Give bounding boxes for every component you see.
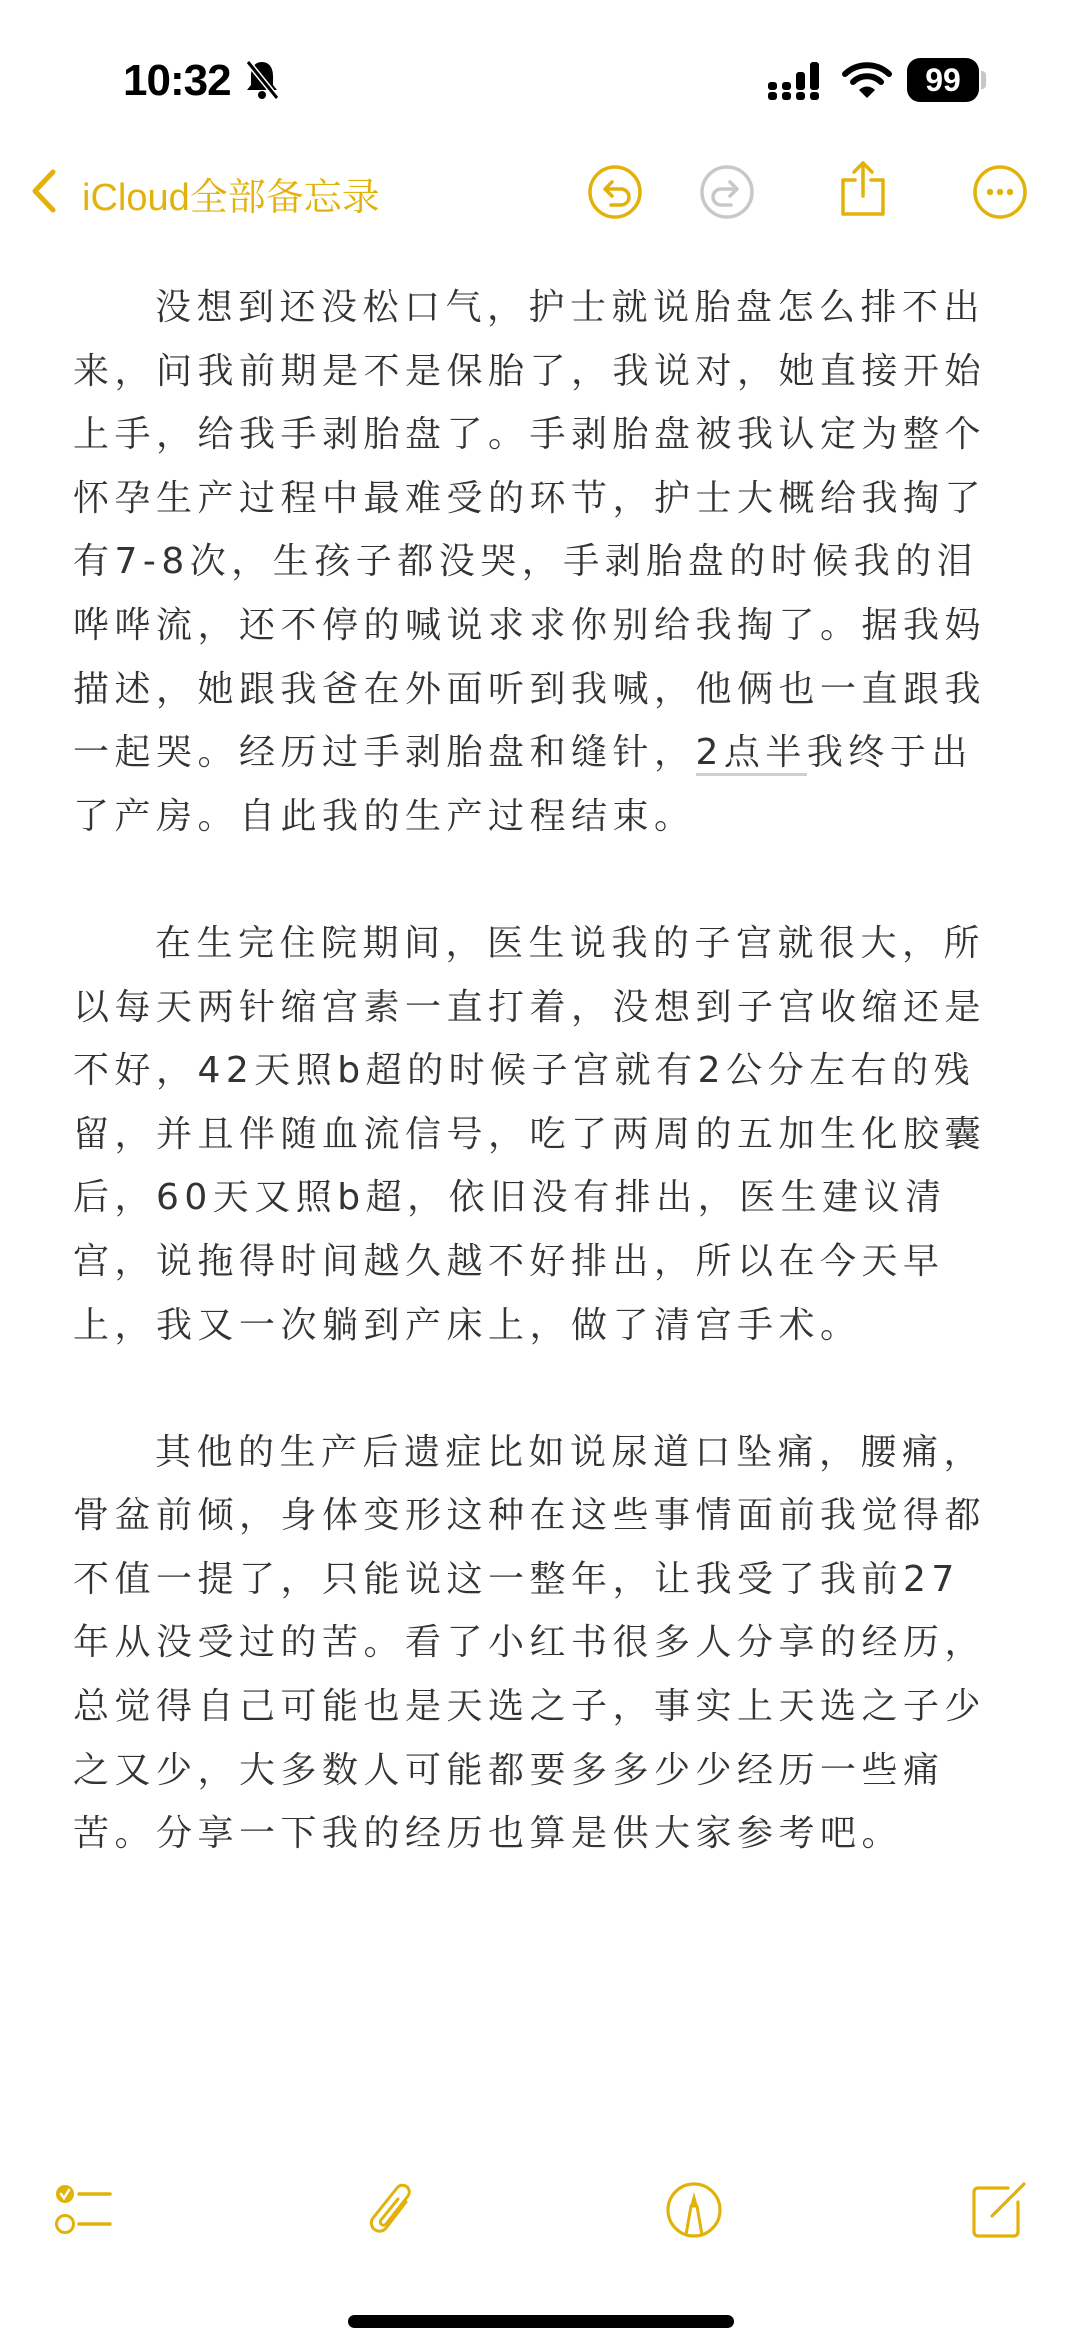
battery-indicator: 99	[907, 58, 979, 102]
note-paragraph: 其他的生产后遗症比如说尿道口坠痛，腰痛，骨盆前倾，身体变形这种在这些事情面前我觉…	[73, 1421, 993, 1866]
status-time: 10:32	[123, 56, 231, 106]
note-paragraph: 没想到还没松口气，护士就说胎盘怎么排不出来，问我前期是不是保胎了，我说对，她直接…	[73, 276, 993, 848]
more-button[interactable]	[972, 164, 1028, 220]
checklist-icon	[54, 2225, 114, 2244]
paragraph-text: 没想到还没松口气，护士就说胎盘怎么排不出来，问我前期是不是保胎了，我说对，她直接…	[73, 287, 986, 773]
pen-tip-circle-icon	[664, 2225, 724, 2244]
note-body[interactable]: 没想到还没松口气，护士就说胎盘怎么排不出来，问我前期是不是保胎了，我说对，她直接…	[73, 276, 993, 1929]
attachment-button[interactable]	[362, 2180, 422, 2240]
compose-icon	[970, 2225, 1030, 2244]
wifi-icon	[842, 60, 892, 100]
back-label: iCloud全部备忘录	[82, 166, 380, 221]
undo-icon	[587, 205, 643, 224]
paperclip-icon	[362, 2225, 422, 2244]
cellular-signal-icon	[768, 62, 826, 100]
back-button[interactable]: iCloud全部备忘录	[28, 166, 380, 220]
detected-time-link[interactable]: 2点半	[696, 732, 807, 776]
chevron-left-icon	[28, 168, 58, 218]
share-button[interactable]	[835, 160, 891, 216]
redo-button[interactable]	[699, 164, 755, 220]
new-note-button[interactable]	[970, 2180, 1030, 2240]
markup-button[interactable]	[664, 2180, 724, 2240]
ellipsis-circle-icon	[972, 205, 1028, 224]
share-icon	[835, 201, 891, 220]
home-indicator[interactable]	[348, 2315, 734, 2328]
battery-cap	[981, 71, 986, 89]
undo-button[interactable]	[587, 164, 643, 220]
redo-icon	[699, 205, 755, 224]
checklist-button[interactable]	[54, 2180, 114, 2240]
silent-bell-icon	[243, 58, 281, 102]
note-paragraph: 在生完住院期间，医生说我的子宫就很大，所以每天两针缩宫素一直打着，没想到子宫收缩…	[73, 912, 993, 1357]
